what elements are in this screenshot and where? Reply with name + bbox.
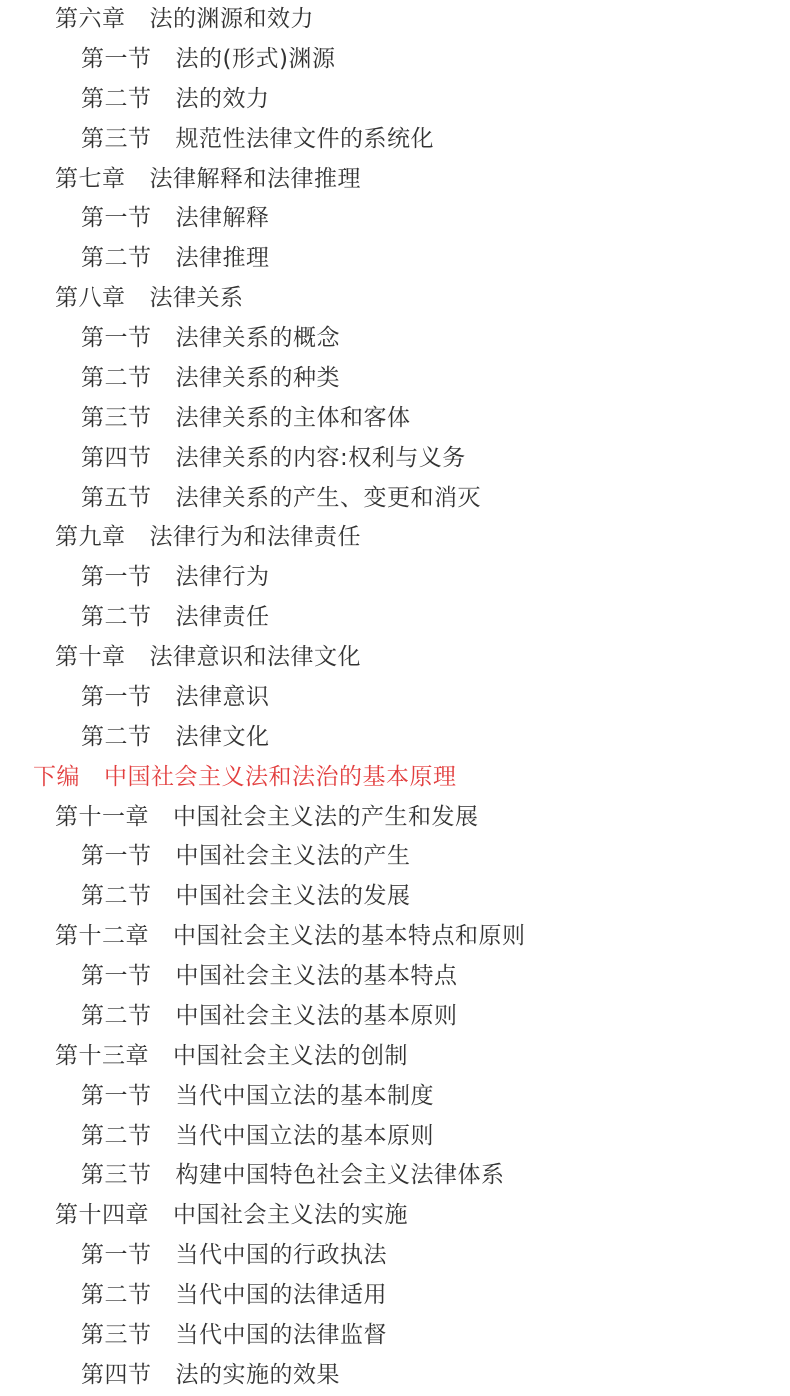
toc-list: 第六章法的渊源和效力 第一节法的(形式)渊源 第二节法的效力 第三节规范性法律文… [0, 0, 790, 1396]
toc-item-number: 第十一章 [55, 798, 149, 838]
toc-row-section: 第一节法律关系的概念 [0, 319, 790, 359]
toc-item-number: 第六章 [55, 0, 126, 40]
toc-item-title: 中国社会主义法的实施 [173, 1196, 408, 1236]
toc-item-title: 法律文化 [176, 718, 270, 758]
toc-item-number: 第一节 [81, 319, 152, 359]
toc-row-section: 第二节法律关系的种类 [0, 359, 790, 399]
toc-item-number: 第一节 [81, 199, 152, 239]
toc-row-chapter: 第十二章中国社会主义法的基本特点和原则 [0, 917, 790, 957]
toc-item-number: 第八章 [55, 279, 126, 319]
toc-row-section: 第二节法律推理 [0, 239, 790, 279]
toc-item-title: 当代中国立法的基本制度 [176, 1077, 435, 1117]
toc-row-section: 第一节法律行为 [0, 558, 790, 598]
toc-item-number: 第二节 [81, 598, 152, 638]
toc-item-title: 中国社会主义法的创制 [173, 1037, 408, 1077]
toc-row-chapter: 第六章法的渊源和效力 [0, 0, 790, 40]
toc-item-number: 第九章 [55, 518, 126, 558]
toc-row-section: 第五节法律关系的产生、变更和消灭 [0, 479, 790, 519]
toc-item-title: 法的效力 [176, 80, 270, 120]
toc-item-number: 第十章 [55, 638, 126, 678]
toc-item-title: 法的渊源和效力 [150, 0, 315, 40]
toc-item-title: 当代中国立法的基本原则 [176, 1117, 435, 1157]
toc-row-section: 第二节当代中国的法律适用 [0, 1276, 790, 1316]
toc-item-title: 当代中国的行政执法 [176, 1236, 388, 1276]
toc-item-number: 第一节 [81, 1236, 152, 1276]
toc-item-title: 当代中国的法律监督 [176, 1316, 388, 1356]
toc-item-title: 法律关系的产生、变更和消灭 [176, 479, 482, 519]
toc-item-title: 法律责任 [176, 598, 270, 638]
toc-row-chapter: 第十一章中国社会主义法的产生和发展 [0, 798, 790, 838]
toc-item-title: 法的实施的效果 [176, 1356, 341, 1396]
toc-row-section: 第一节法律解释 [0, 199, 790, 239]
toc-item-title: 当代中国的法律适用 [176, 1276, 388, 1316]
toc-row-section: 第一节当代中国立法的基本制度 [0, 1077, 790, 1117]
toc-item-number: 第四节 [81, 439, 152, 479]
toc-row-section: 第二节中国社会主义法的基本原则 [0, 997, 790, 1037]
toc-row-section: 第四节法的实施的效果 [0, 1356, 790, 1396]
toc-row-section: 第三节构建中国特色社会主义法律体系 [0, 1156, 790, 1196]
toc-item-number: 第二节 [81, 997, 152, 1037]
toc-item-title: 中国社会主义法的产生 [176, 837, 411, 877]
toc-item-number: 第七章 [55, 160, 126, 200]
toc-item-number: 第一节 [81, 558, 152, 598]
toc-item-title: 中国社会主义法的基本特点 [176, 957, 458, 997]
toc-row-section: 第三节当代中国的法律监督 [0, 1316, 790, 1356]
toc-item-number: 下编 [33, 758, 80, 798]
toc-item-title: 中国社会主义法的发展 [176, 877, 411, 917]
toc-item-title: 中国社会主义法的基本特点和原则 [173, 917, 526, 957]
toc-row-section: 第二节中国社会主义法的发展 [0, 877, 790, 917]
toc-item-number: 第二节 [81, 239, 152, 279]
toc-row-section: 第四节法律关系的内容:权利与义务 [0, 439, 790, 479]
toc-item-title: 法律解释 [176, 199, 270, 239]
toc-item-number: 第十三章 [55, 1037, 149, 1077]
toc-item-number: 第一节 [81, 678, 152, 718]
toc-item-number: 第四节 [81, 1356, 152, 1396]
toc-row-section: 第一节法的(形式)渊源 [0, 40, 790, 80]
toc-row-section: 第二节当代中国立法的基本原则 [0, 1117, 790, 1157]
toc-row-section: 第二节法的效力 [0, 80, 790, 120]
page: { "page": { "background": "#ffffff", "te… [0, 0, 790, 1396]
toc-item-title: 法律意识和法律文化 [150, 638, 362, 678]
toc-item-number: 第三节 [81, 1316, 152, 1356]
toc-row-section: 第二节法律责任 [0, 598, 790, 638]
toc-row-chapter: 第七章法律解释和法律推理 [0, 160, 790, 200]
toc-row-chapter: 第十三章中国社会主义法的创制 [0, 1037, 790, 1077]
toc-row-section: 第一节当代中国的行政执法 [0, 1236, 790, 1276]
toc-row-section: 第二节法律文化 [0, 718, 790, 758]
toc-item-title: 中国社会主义法的基本原则 [176, 997, 458, 1037]
toc-item-number: 第三节 [81, 120, 152, 160]
toc-item-number: 第一节 [81, 40, 152, 80]
toc-row-section: 第三节规范性法律文件的系统化 [0, 120, 790, 160]
toc-item-number: 第一节 [81, 957, 152, 997]
toc-row-section: 第一节法律意识 [0, 678, 790, 718]
toc-item-number: 第二节 [81, 718, 152, 758]
toc-item-title: 法律意识 [176, 678, 270, 718]
toc-item-number: 第二节 [81, 80, 152, 120]
toc-item-title: 法律关系的主体和客体 [176, 399, 411, 439]
toc-item-title: 法律行为和法律责任 [150, 518, 362, 558]
toc-item-number: 第一节 [81, 837, 152, 877]
toc-item-number: 第二节 [81, 1276, 152, 1316]
toc-row-chapter: 第十章法律意识和法律文化 [0, 638, 790, 678]
toc-item-number: 第二节 [81, 1117, 152, 1157]
toc-item-title: 法律关系 [150, 279, 244, 319]
toc-item-number: 第二节 [81, 877, 152, 917]
toc-item-number: 第二节 [81, 359, 152, 399]
toc-item-number: 第十四章 [55, 1196, 149, 1236]
toc-row-part: 下编中国社会主义法和法治的基本原理 [0, 758, 790, 798]
toc-row-section: 第一节中国社会主义法的基本特点 [0, 957, 790, 997]
toc-row-section: 第三节法律关系的主体和客体 [0, 399, 790, 439]
toc-row-chapter: 第十四章中国社会主义法的实施 [0, 1196, 790, 1236]
toc-item-title: 法律解释和法律推理 [150, 160, 362, 200]
toc-item-title: 法律关系的内容:权利与义务 [176, 439, 466, 479]
toc-item-title: 规范性法律文件的系统化 [176, 120, 435, 160]
toc-item-title: 法律关系的种类 [176, 359, 341, 399]
toc-item-number: 第十二章 [55, 917, 149, 957]
toc-item-title: 法律关系的概念 [176, 319, 341, 359]
toc-item-title: 中国社会主义法和法治的基本原理 [104, 758, 457, 798]
toc-row-chapter: 第九章法律行为和法律责任 [0, 518, 790, 558]
toc-item-number: 第一节 [81, 1077, 152, 1117]
toc-item-number: 第三节 [81, 399, 152, 439]
toc-item-title: 中国社会主义法的产生和发展 [173, 798, 479, 838]
toc-row-section: 第一节中国社会主义法的产生 [0, 837, 790, 877]
toc-item-title: 法律推理 [176, 239, 270, 279]
toc-item-number: 第三节 [81, 1156, 152, 1196]
toc-row-chapter: 第八章法律关系 [0, 279, 790, 319]
toc-item-title: 构建中国特色社会主义法律体系 [176, 1156, 505, 1196]
toc-item-number: 第五节 [81, 479, 152, 519]
toc-item-title: 法的(形式)渊源 [176, 40, 336, 80]
toc-item-title: 法律行为 [176, 558, 270, 598]
